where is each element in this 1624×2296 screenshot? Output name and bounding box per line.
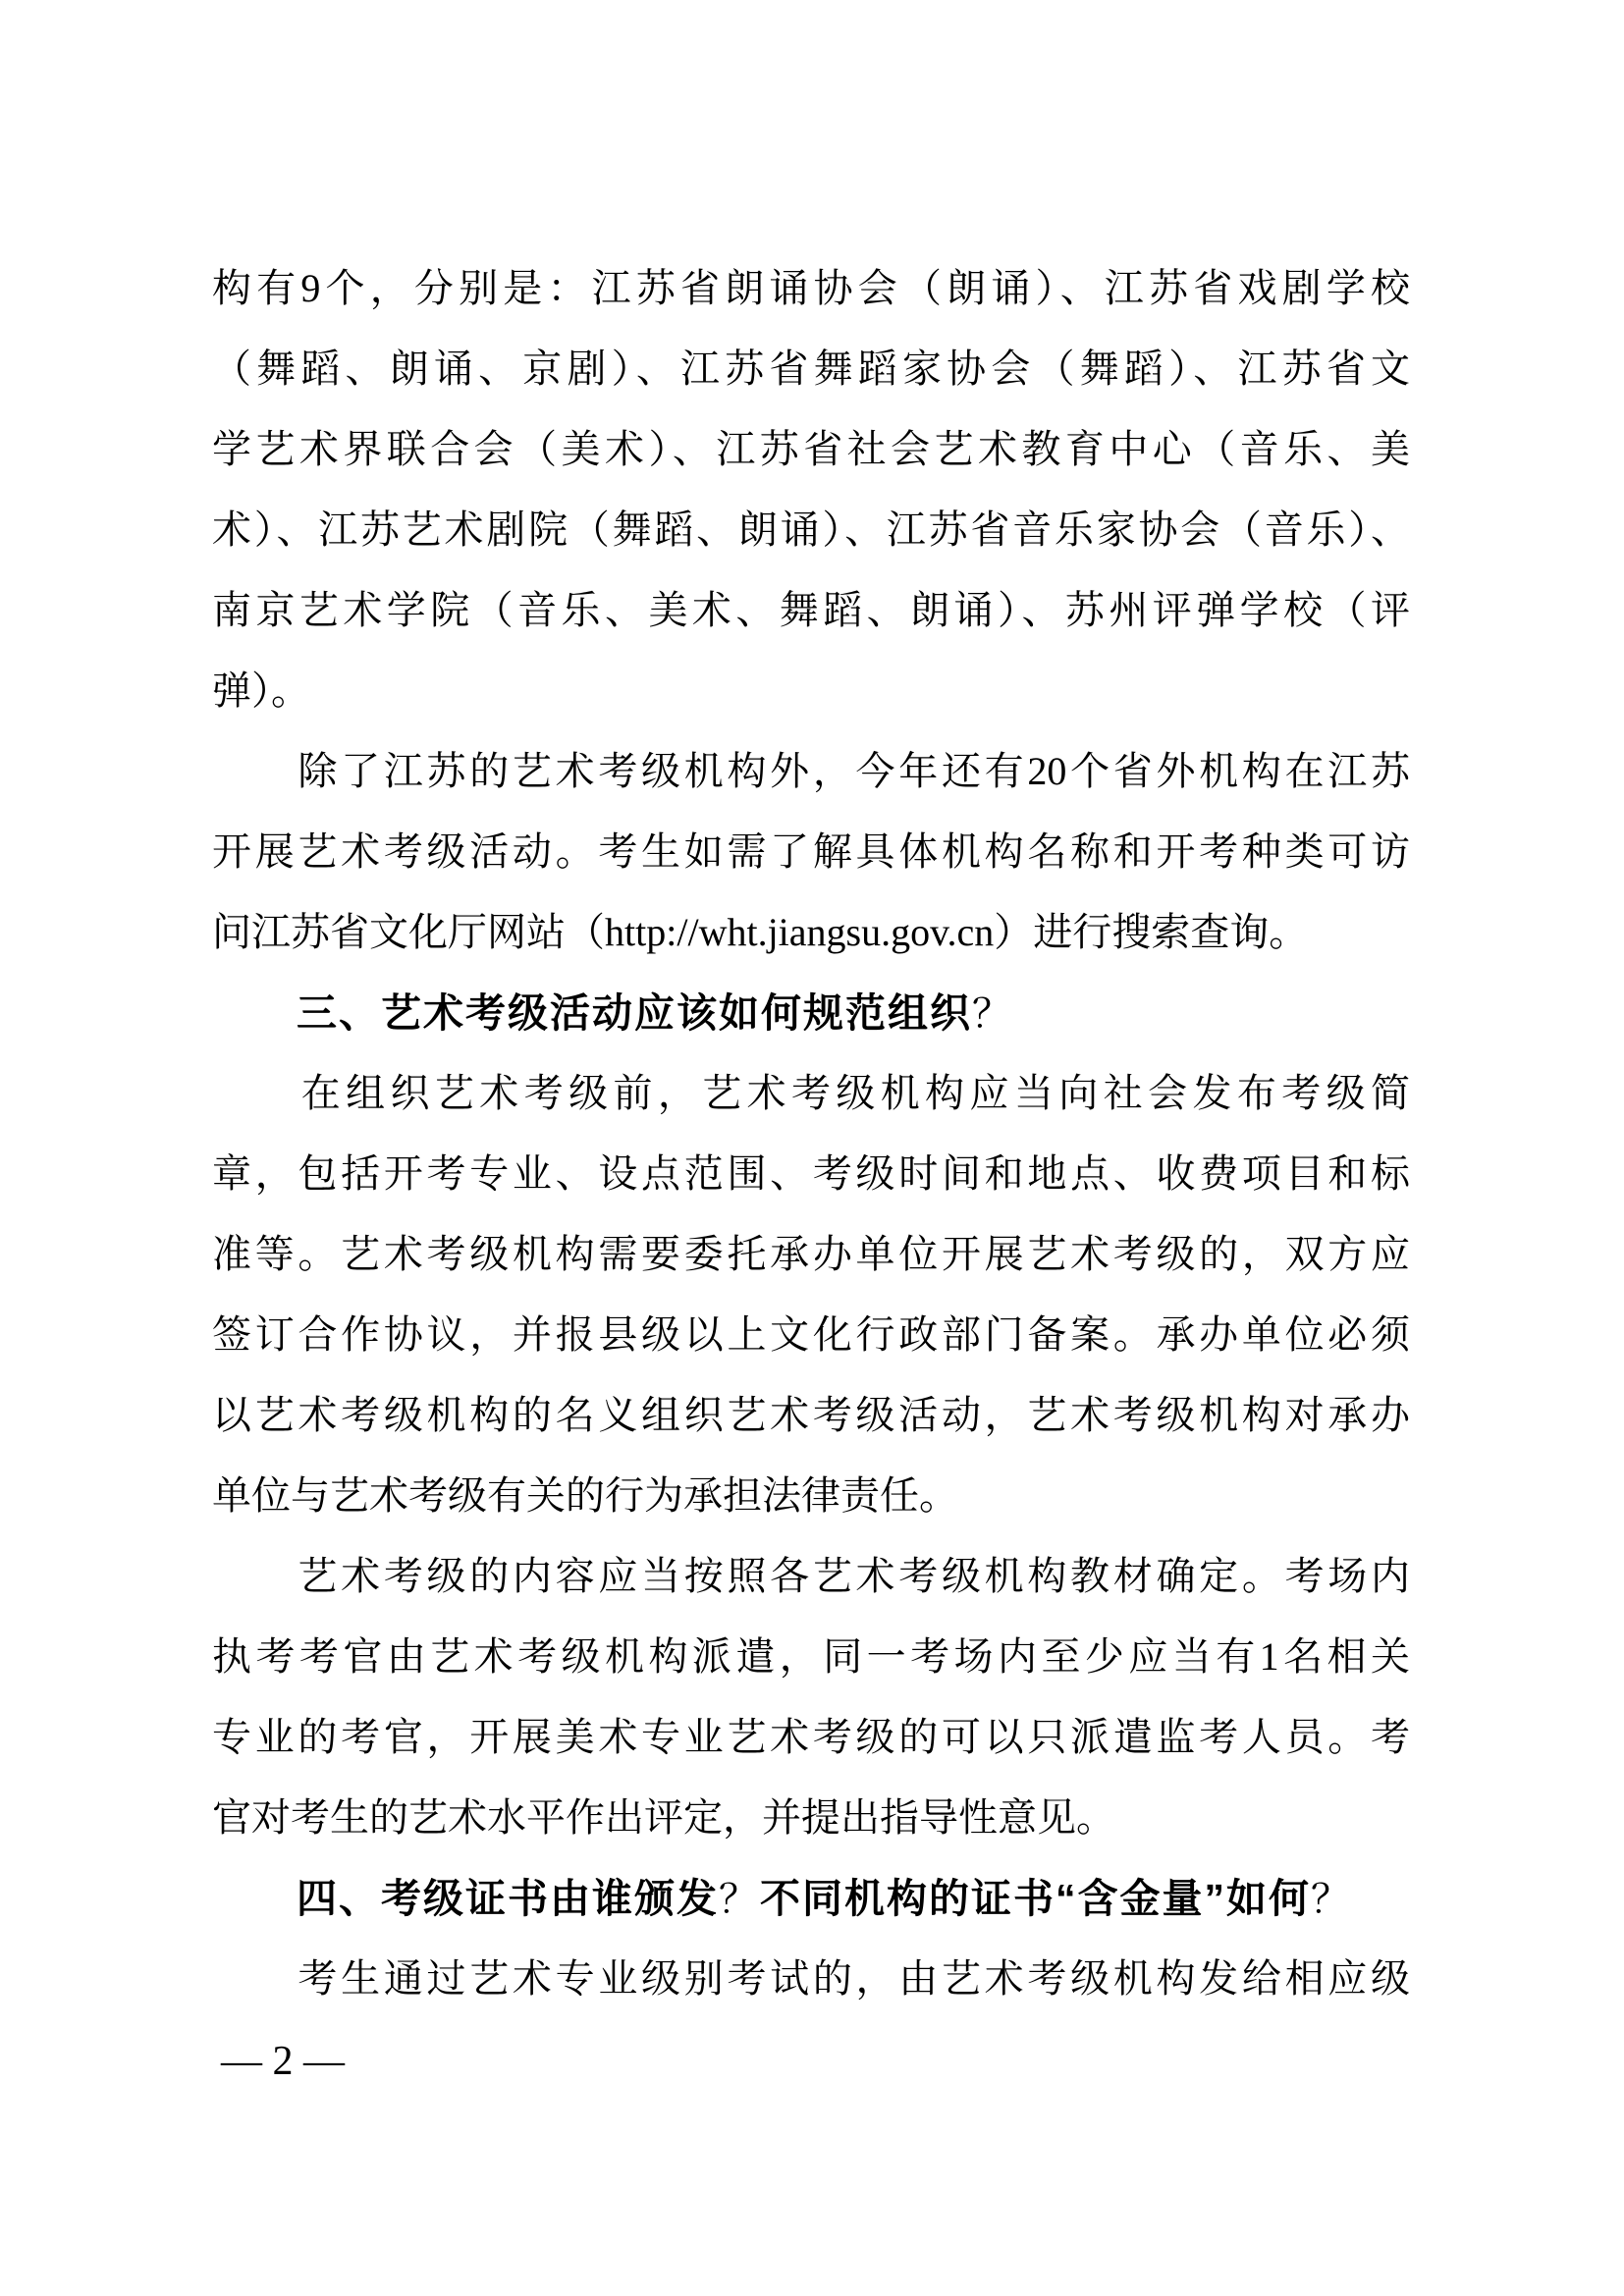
text-line: 以艺术考级机构的名义组织艺术考级活动，艺术考级机构对承办 [212,1375,1410,1456]
heading-text: 四、考级证书由谁颁发 [212,1876,719,1921]
heading-punctuation: ？ [1311,1877,1352,1921]
heading-text: 三、艺术考级活动应该如何规范组织 [212,990,972,1036]
section-heading: 四、考级证书由谁颁发？不同机构的证书“含金量”如何？ [212,1858,1410,1939]
text-line: 专业的考官，开展美术专业艺术考级的可以只派遣监考人员。考 [212,1697,1410,1778]
text-line: 执考考官由艺术考级机构派遣，同一考场内至少应当有1名相关 [212,1617,1410,1697]
text-line: 官对考生的艺术水平作出评定，并提出指导性意见。 [212,1778,1410,1858]
text-line: 弹）。 [212,651,1410,731]
document-text: 构有9个，分别是：江苏省朗诵协会（朗诵）、江苏省戏剧学校（舞蹈、朗诵、京剧）、江… [212,248,1410,2019]
text-line: 除了江苏的艺术考级机构外，今年还有20个省外机构在江苏 [212,731,1410,812]
section-heading: 三、艺术考级活动应该如何规范组织？ [212,973,1410,1053]
text-line: 单位与艺术考级有关的行为承担法律责任。 [212,1456,1410,1536]
heading-text: 不同机构的证书“含金量”如何 [760,1876,1311,1921]
text-line: 准等。艺术考级机构需要委托承办单位开展艺术考级的，双方应 [212,1214,1410,1295]
text-line: 问江苏省文化厅网站（http://wht.jiangsu.gov.cn）进行搜索… [212,892,1410,973]
text-line: 在组织艺术考级前，艺术考级机构应当向社会发布考级简 [212,1053,1410,1134]
text-line: 南京艺术学院（音乐、美术、舞蹈、朗诵）、苏州评弹学校（评 [212,570,1410,651]
text-line: 构有9个，分别是：江苏省朗诵协会（朗诵）、江苏省戏剧学校 [212,248,1410,329]
text-line: 签订合作协议，并报县级以上文化行政部门备案。承办单位必须 [212,1295,1410,1375]
heading-punctuation: ？ [972,991,1013,1036]
text-line: 术）、江苏艺术剧院（舞蹈、朗诵）、江苏省音乐家协会（音乐）、 [212,490,1410,570]
text-line: 学艺术界联合会（美术）、江苏省社会艺术教育中心（音乐、美 [212,409,1410,490]
text-line: （舞蹈、朗诵、京剧）、江苏省舞蹈家协会（舞蹈）、江苏省文 [212,329,1410,409]
text-line: 开展艺术考级活动。考生如需了解具体机构名称和开考种类可访 [212,812,1410,892]
text-line: 艺术考级的内容应当按照各艺术考级机构教材确定。考场内 [212,1536,1410,1617]
document-page: 构有9个，分别是：江苏省朗诵协会（朗诵）、江苏省戏剧学校（舞蹈、朗诵、京剧）、江… [0,0,1624,2296]
page-number: — 2 — [221,2021,345,2102]
heading-punctuation: ？ [719,1877,760,1921]
text-line: 考生通过艺术专业级别考试的，由艺术考级机构发给相应级 [212,1939,1410,2019]
text-line: 章，包括开考专业、设点范围、考级时间和地点、收费项目和标 [212,1134,1410,1214]
